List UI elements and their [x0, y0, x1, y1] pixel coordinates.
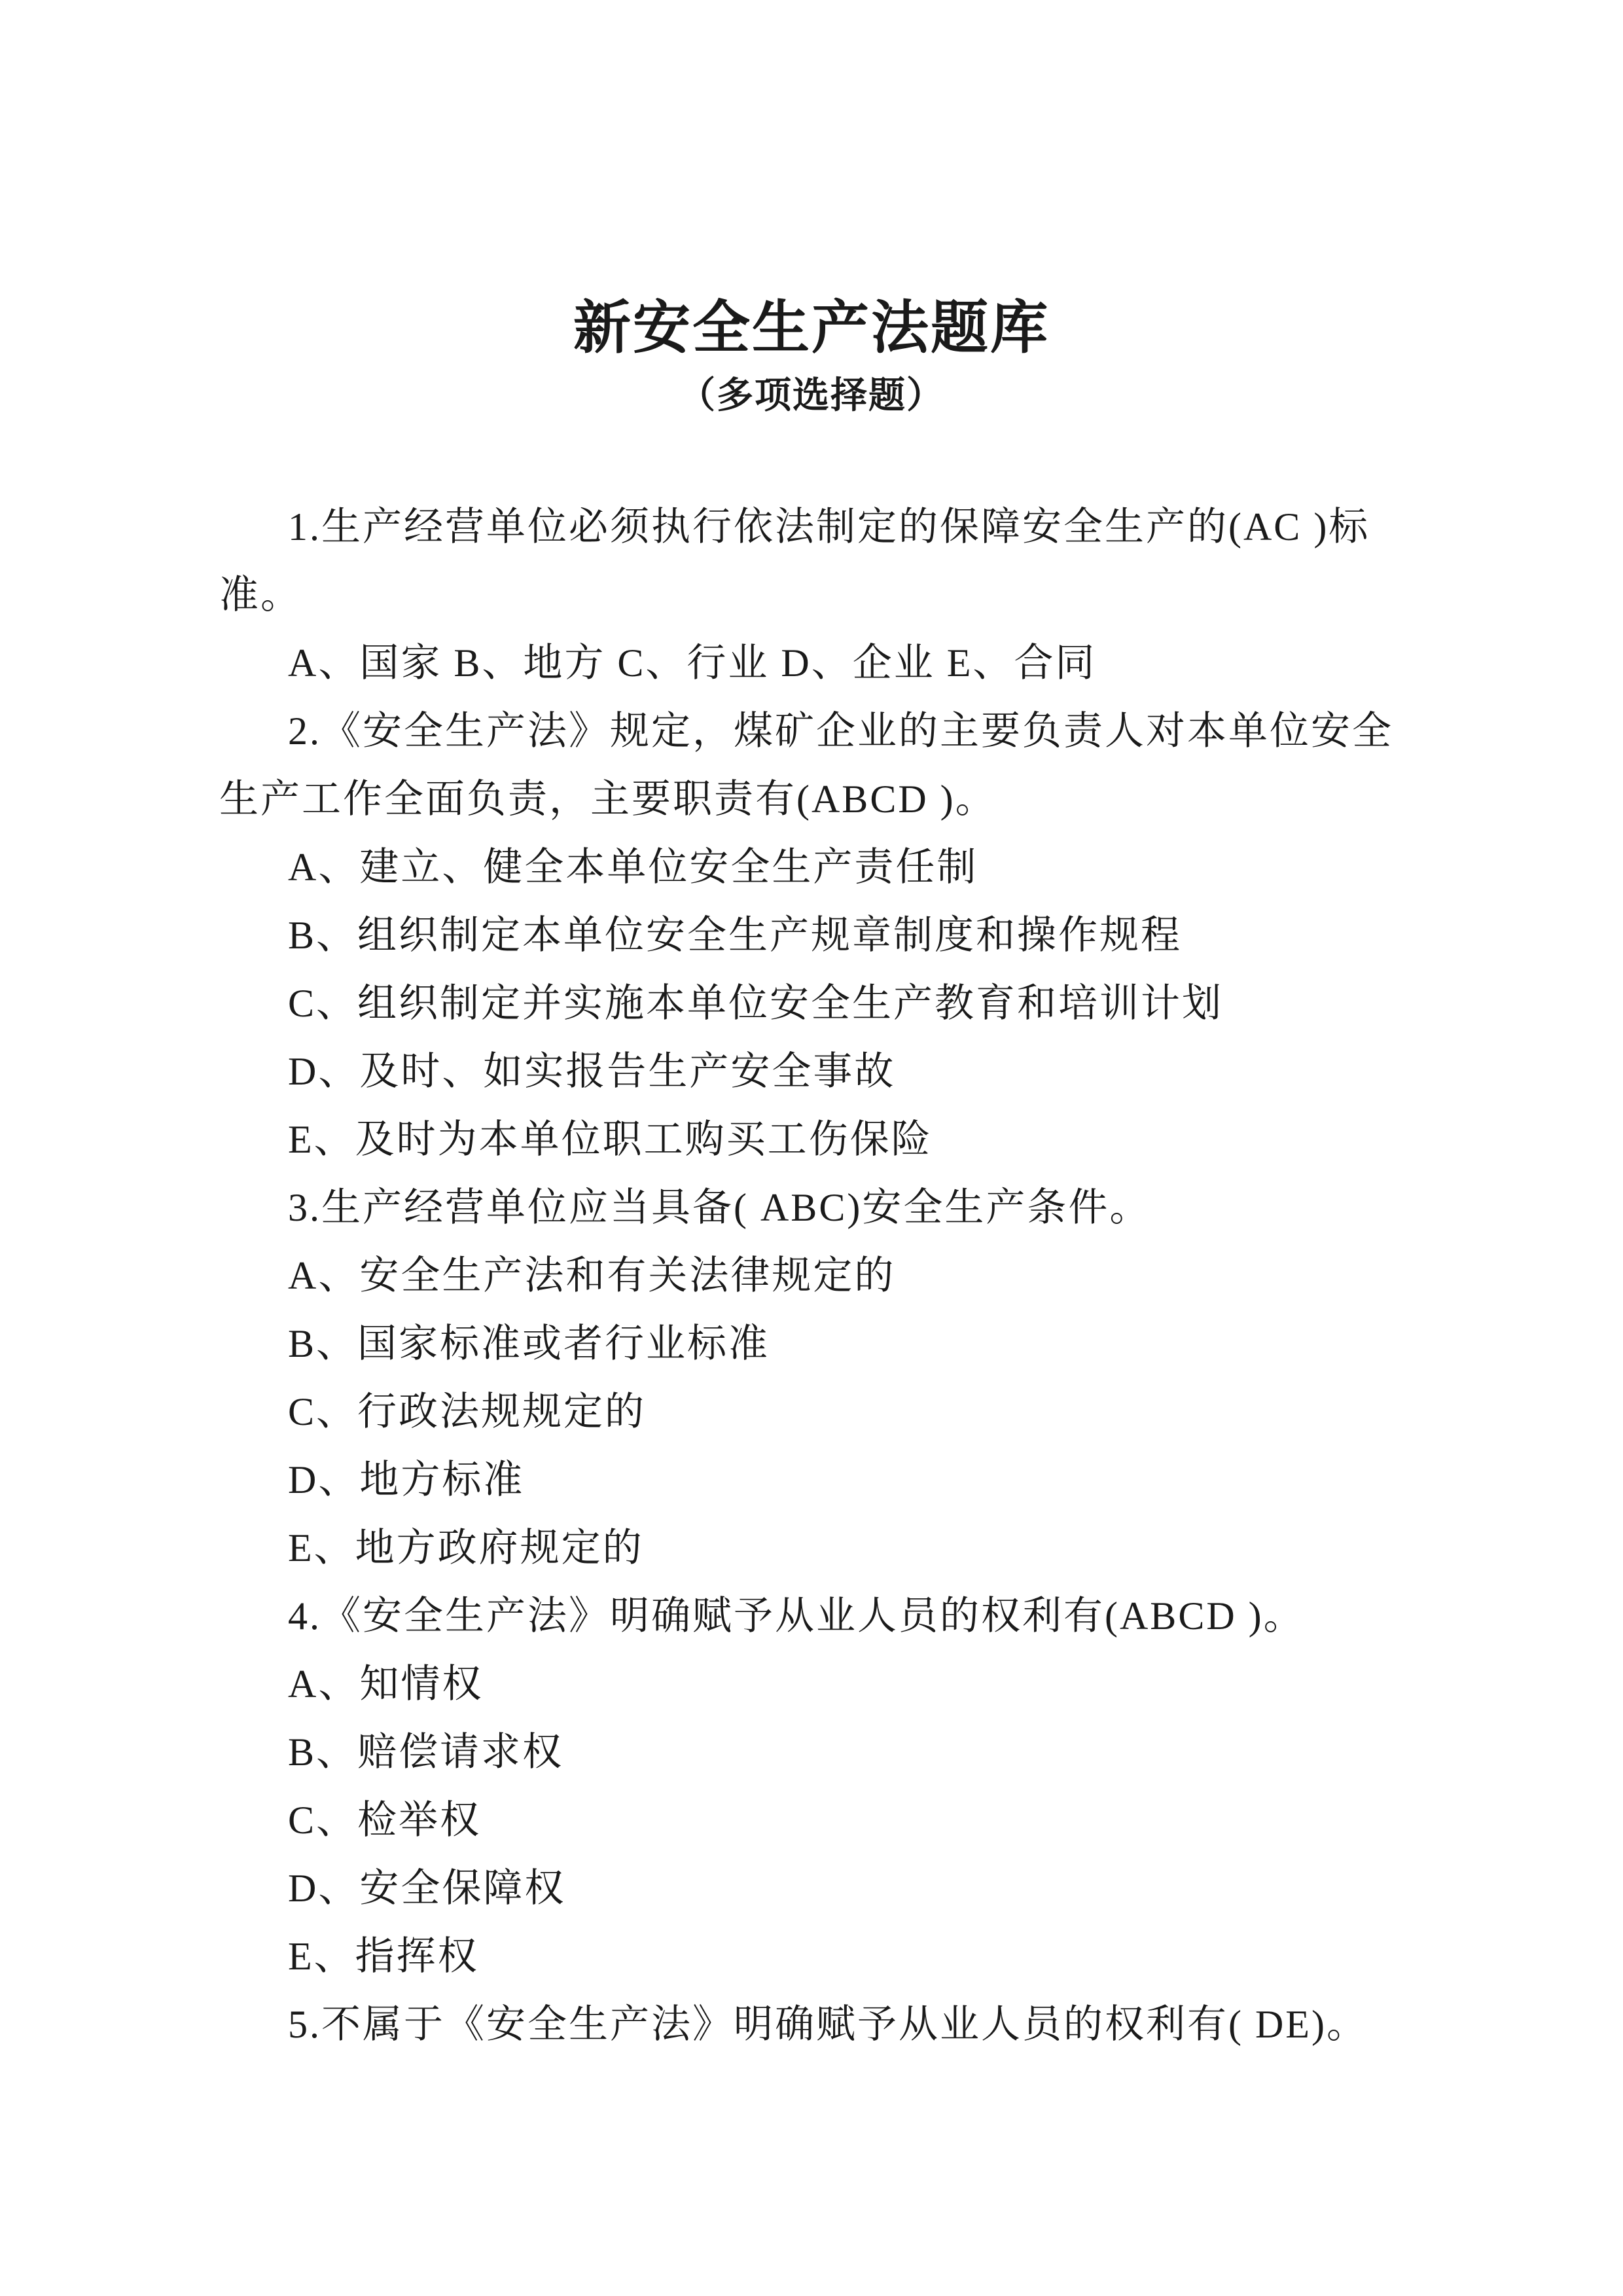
option-line: C、检举权: [219, 1786, 1404, 1854]
option-row-line: A、国家 B、地方 C、行业 D、企业 E、合同: [219, 629, 1404, 697]
option-line: C、行政法规规定的: [219, 1378, 1404, 1446]
option-line: B、组织制定本单位安全生产规章制度和操作规程: [219, 901, 1404, 969]
document-body: 1.生产经营单位必须执行依法制定的保障安全生产的(AC )标准。A、国家 B、地…: [219, 493, 1404, 2058]
option-line: E、地方政府规定的: [219, 1514, 1404, 1582]
page-title: 新安全生产法题库: [219, 0, 1404, 364]
option-line: B、赔偿请求权: [219, 1718, 1404, 1786]
question-continuation-line: 生产工作全面负责，主要职责有(ABCD )。: [219, 765, 1404, 833]
option-line: A、建立、健全本单位安全生产责任制: [219, 833, 1404, 901]
option-line: C、组织制定并实施本单位安全生产教育和培训计划: [219, 969, 1404, 1037]
option-line: E、指挥权: [219, 1922, 1404, 1990]
document-page: 新安全生产法题库 （多项选择题） 1.生产经营单位必须执行依法制定的保障安全生产…: [0, 0, 1623, 2296]
question-stem-line: 1.生产经营单位必须执行依法制定的保障安全生产的(AC )标: [219, 493, 1404, 561]
question-stem-line: 4.《安全生产法》明确赋予从业人员的权利有(ABCD )。: [219, 1582, 1404, 1650]
page-subtitle: （多项选择题）: [219, 374, 1404, 418]
question-stem-line: 3.生产经营单位应当具备( ABC)安全生产条件。: [219, 1174, 1404, 1242]
option-line: A、知情权: [219, 1650, 1404, 1718]
option-line: D、及时、如实报告生产安全事故: [219, 1037, 1404, 1105]
option-line: E、及时为本单位职工购买工伤保险: [219, 1105, 1404, 1174]
option-line: D、安全保障权: [219, 1854, 1404, 1922]
option-line: B、国家标准或者行业标准: [219, 1310, 1404, 1378]
question-stem-line: 5.不属于《安全生产法》明确赋予从业人员的权利有( DE)。: [219, 1990, 1404, 2058]
question-continuation-line: 准。: [219, 561, 1404, 629]
question-stem-line: 2.《安全生产法》规定，煤矿企业的主要负责人对本单位安全: [219, 697, 1404, 765]
option-line: D、地方标准: [219, 1446, 1404, 1514]
document-content: 新安全生产法题库 （多项选择题） 1.生产经营单位必须执行依法制定的保障安全生产…: [0, 0, 1623, 2058]
option-line: A、安全生产法和有关法律规定的: [219, 1242, 1404, 1310]
